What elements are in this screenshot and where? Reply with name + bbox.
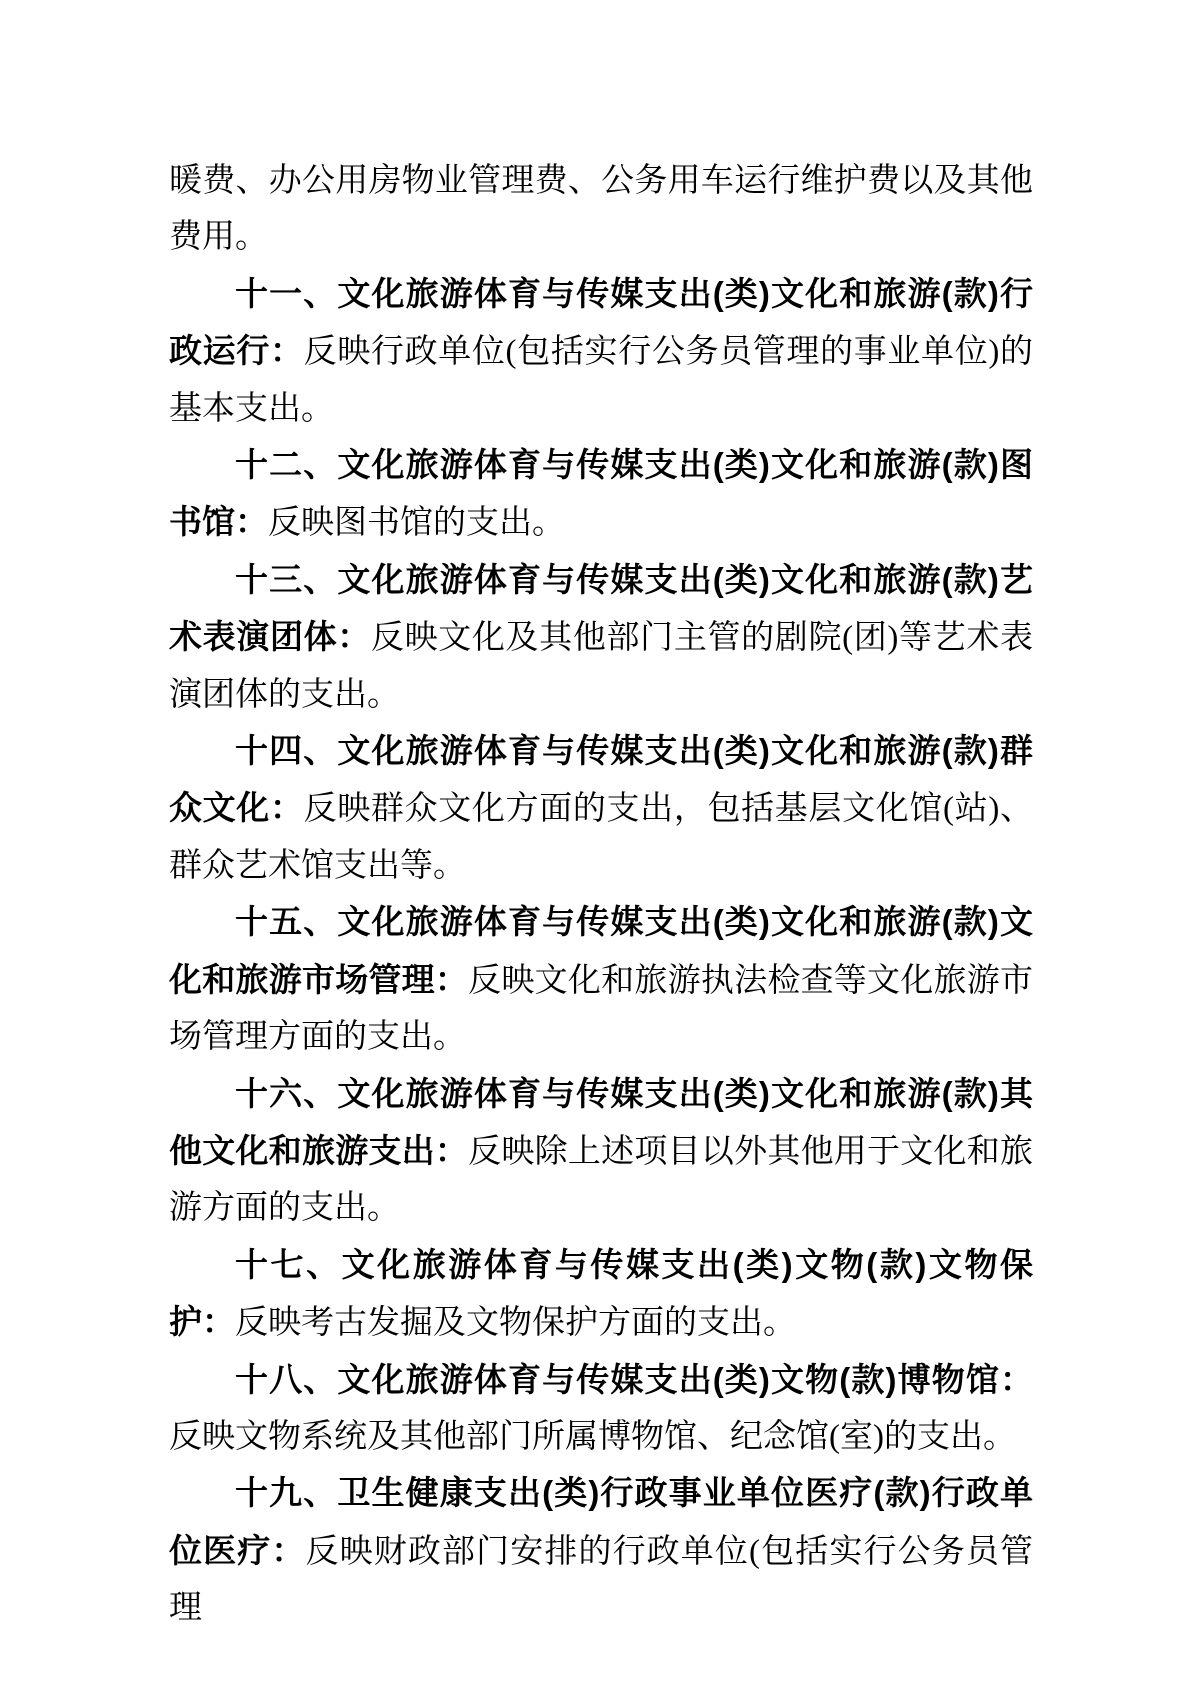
paragraph: 十六、文化旅游体育与传媒支出(类)文化和旅游(款)其他文化和旅游支出：反映除上述… <box>169 1066 1033 1237</box>
clause-text: 反映文物系统及其他部门所属博物馆、纪念馆(室)的支出。 <box>169 1419 1016 1455</box>
paragraph: 十二、文化旅游体育与传媒支出(类)文化和旅游(款)图书馆：反映图书馆的支出。 <box>169 437 1033 552</box>
paragraph: 十五、文化旅游体育与传媒支出(类)文化和旅游(款)文化和旅游市场管理：反映文化和… <box>169 894 1033 1065</box>
paragraph: 十九、卫生健康支出(类)行政事业单位医疗(款)行政单位医疗：反映财政部门安排的行… <box>169 1465 1033 1636</box>
document-page: 暖费、办公用房物业管理费、公务用车运行维护费以及其他费用。十一、文化旅游体育与传… <box>0 0 1190 1684</box>
clause-heading: 十八、文化旅游体育与传媒支出(类)文物(款)博物馆： <box>235 1361 1033 1398</box>
clause-text: 暖费、办公用房物业管理费、公务用车运行维护费以及其他费用。 <box>169 163 1033 255</box>
paragraph: 暖费、办公用房物业管理费、公务用车运行维护费以及其他费用。 <box>169 153 1033 266</box>
paragraph: 十四、文化旅游体育与传媒支出(类)文化和旅游(款)群众文化：反映群众文化方面的支… <box>169 723 1033 894</box>
paragraph: 十八、文化旅游体育与传媒支出(类)文物(款)博物馆：反映文物系统及其他部门所属博… <box>169 1352 1033 1466</box>
clause-text: 反映考古发掘及文物保护方面的支出。 <box>235 1305 796 1341</box>
paragraph: 十三、文化旅游体育与传媒支出(类)文化和旅游(款)艺术表演团体：反映文化及其他部… <box>169 552 1033 723</box>
paragraph: 十七、文化旅游体育与传媒支出(类)文物(款)文物保护：反映考古发掘及文物保护方面… <box>169 1237 1033 1352</box>
paragraph: 十一、文化旅游体育与传媒支出(类)文化和旅游(款)行政运行：反映行政单位(包括实… <box>169 266 1033 437</box>
clause-text: 反映图书馆的支出。 <box>268 505 565 541</box>
document-content: 暖费、办公用房物业管理费、公务用车运行维护费以及其他费用。十一、文化旅游体育与传… <box>169 153 1033 1637</box>
